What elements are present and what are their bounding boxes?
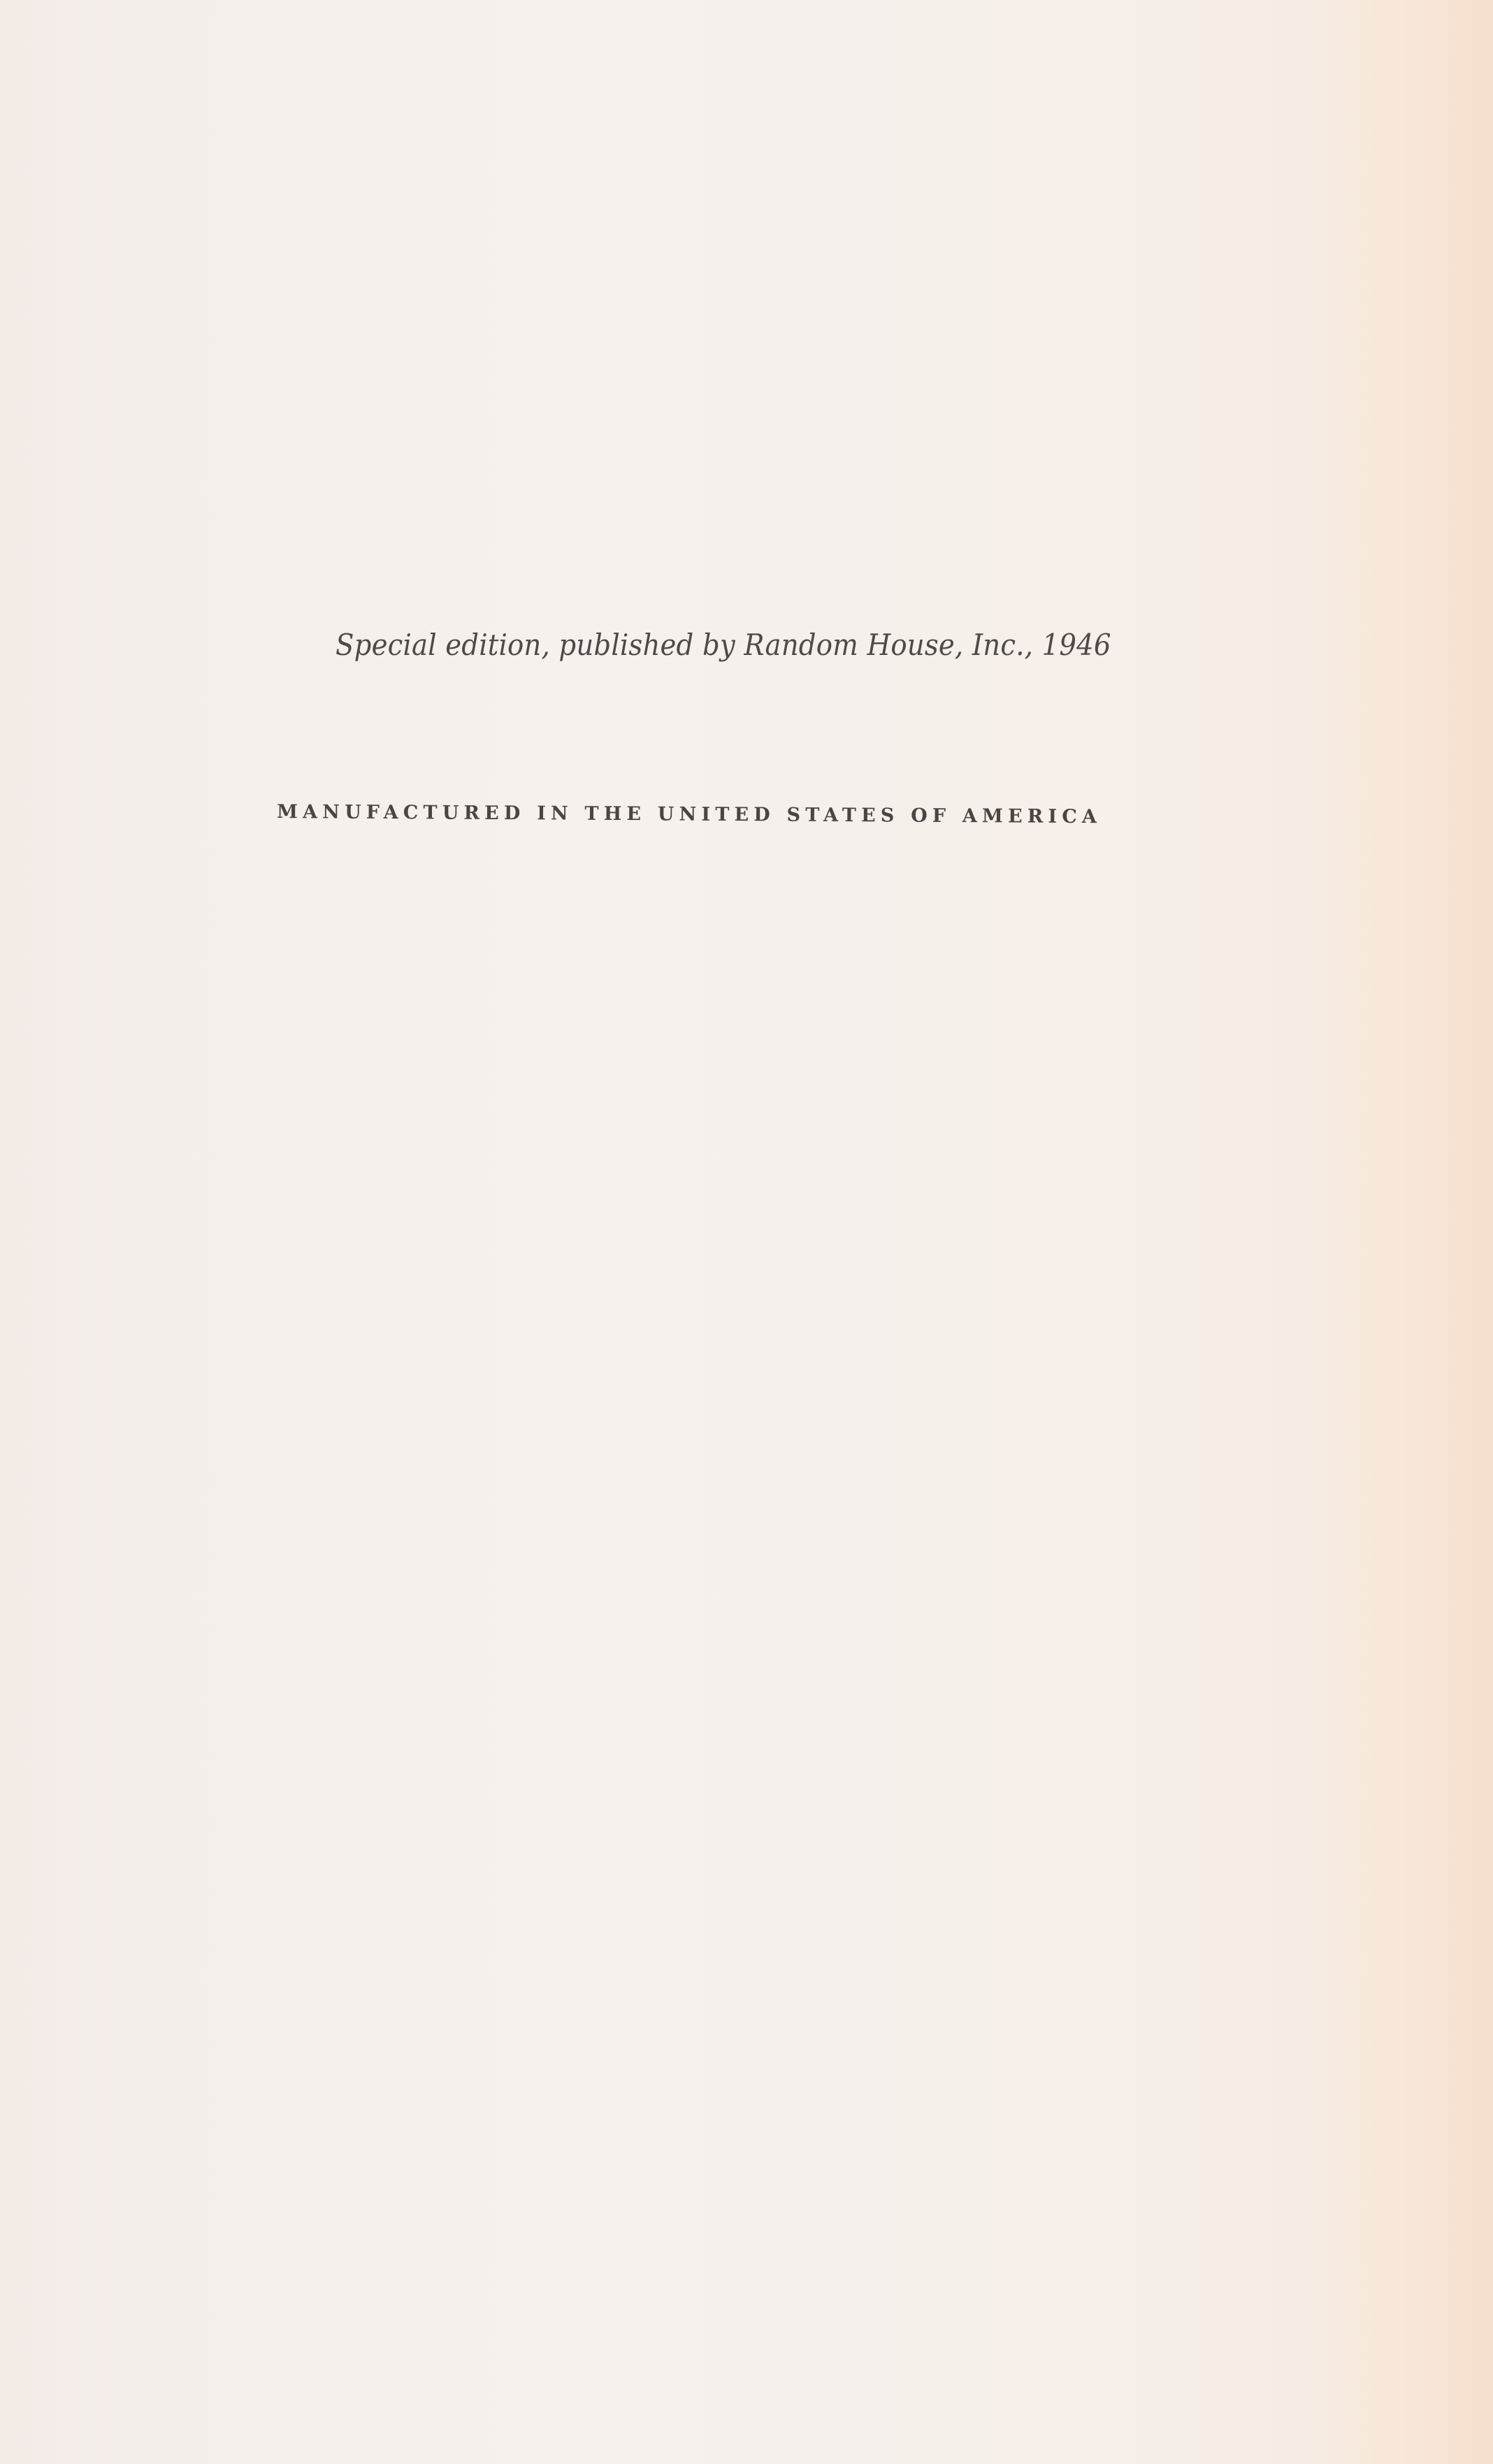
book-copyright-page: Special edition, published by Random Hou… [0,0,1493,2464]
edition-imprint-line: Special edition, published by Random Hou… [336,624,1081,666]
manufactured-in-usa-line: MANUFACTURED IN THE UNITED STATES OF AME… [277,797,1213,833]
